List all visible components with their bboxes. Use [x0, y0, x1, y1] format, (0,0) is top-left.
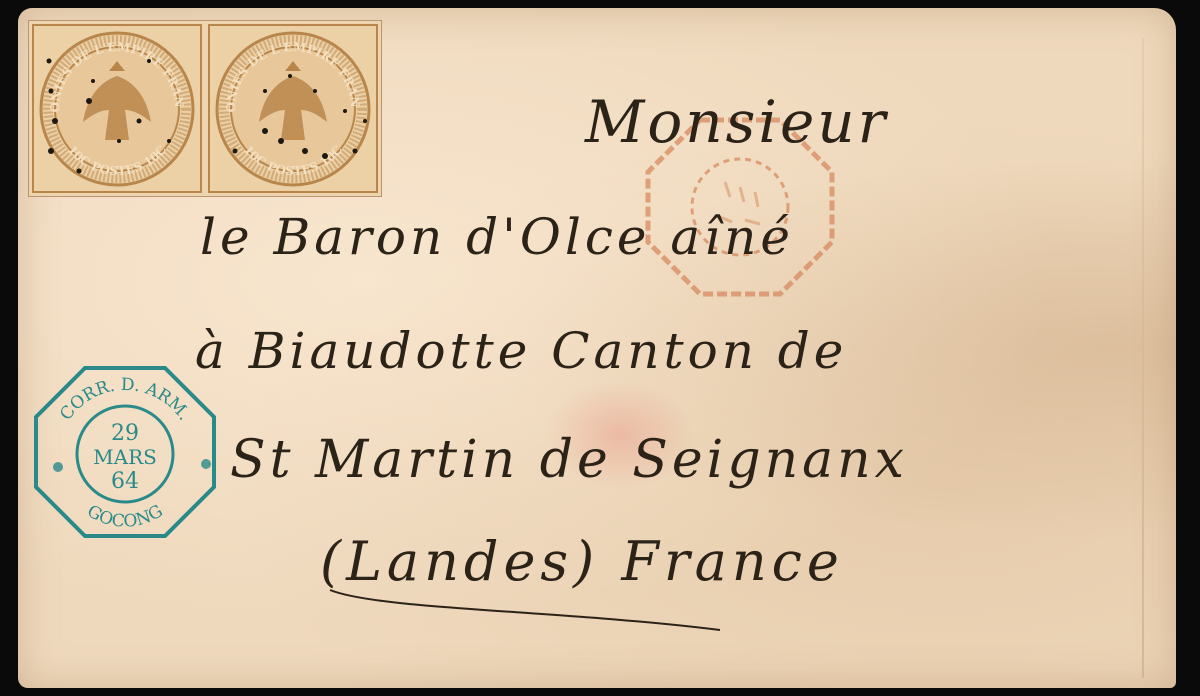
eagle-stamp-icon: COLONIES DE L'EMPIRE FRANÇAIS 10C POSTES…	[29, 21, 205, 196]
eagle-stamp-icon: COLONIES DE L'EMPIRE FRANÇAIS 10C POSTES…	[205, 21, 381, 196]
cancel-year: 64	[111, 469, 139, 494]
svg-text:CORR. D. ARM.: CORR. D. ARM.	[56, 375, 194, 424]
address-line-town: St Martin de Seignanx	[230, 430, 908, 490]
svg-text:GOCONG: GOCONG	[83, 501, 166, 532]
stamp-left: COLONIES DE L'EMPIRE FRANÇAIS 10C POSTES…	[29, 21, 205, 196]
cancel-day: 29	[111, 421, 139, 446]
address-line-name: le Baron d'Olce aîné	[200, 208, 794, 266]
envelope-edge-fold	[1142, 38, 1144, 678]
address-line-salutation: Monsieur	[585, 88, 888, 156]
stamp-pair: COLONIES DE L'EMPIRE FRANÇAIS 10C POSTES…	[28, 20, 382, 197]
blue-octagon-postmark-icon: CORR. D. ARM. GOCONG 29 MARS 64	[30, 362, 220, 542]
underline-flourish-icon	[300, 520, 760, 640]
address-line-locality: à Biaudotte Canton de	[195, 322, 847, 380]
cancel-month: MARS	[93, 445, 157, 469]
stamp-right: COLONIES DE L'EMPIRE FRANÇAIS 10C POSTES…	[205, 21, 381, 196]
